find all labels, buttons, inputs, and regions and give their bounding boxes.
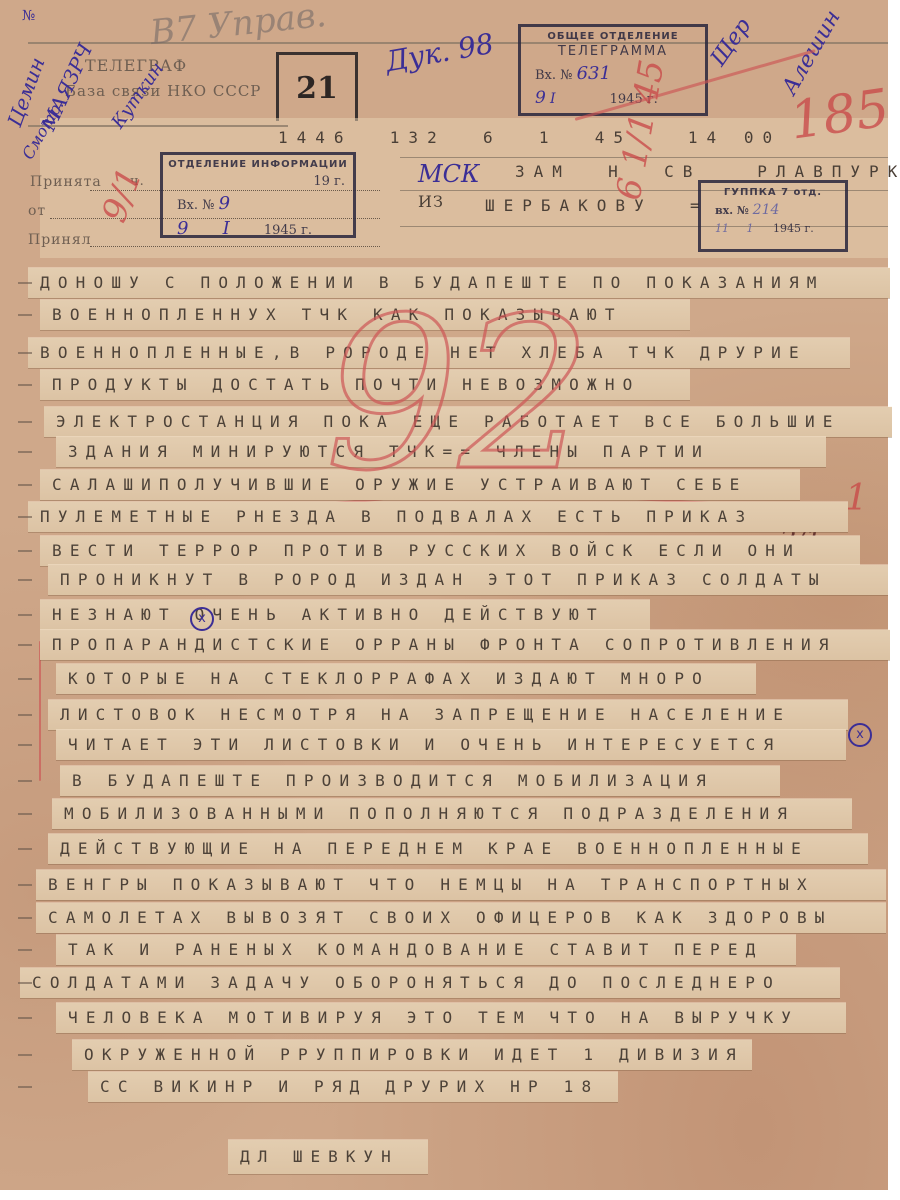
form-title: ТЕЛЕГРАФ (85, 56, 187, 75)
stamp-info-month: I (223, 218, 230, 239)
margin-tick (18, 917, 32, 919)
red-margin-mark: 1 (845, 478, 868, 519)
margin-tick (18, 813, 32, 815)
stamp-info-year: 1945 г. (264, 223, 312, 238)
margin-tick (18, 1086, 32, 1088)
margin-tick (18, 949, 32, 951)
stamp-info-department: ОТДЕЛЕНИЕ ИНФОРМАЦИИ 19 г. Вх. № 9 9 I 1… (160, 152, 356, 238)
telegram-line: СС ВИКИНР И РЯД ДРУРИХ НР 18 (88, 1072, 618, 1102)
margin-tick (18, 848, 32, 850)
circle-mark-line-15: x (848, 723, 872, 747)
circle-mark-line-11: x (190, 607, 214, 631)
margin-tick (18, 282, 32, 284)
signature-line: ДЛ ШЕВКУН 5 15 (228, 1140, 428, 1174)
stamp-general-day: 9 (535, 88, 546, 108)
handwritten-blue-middle: Дук. 98 (383, 27, 496, 78)
stamp-general-reg-label: Вх. № (535, 68, 572, 83)
telegram-line: ЛИСТОВОК НЕСМОТРЯ НА ЗАПРЕЩЕНИЕ НАСЕЛЕНИ… (48, 700, 848, 730)
telegram-line: ОКРУЖЕННОЙ РРУППИРОВКИ ИДЕТ 1 ДИВИЗИЯ (72, 1040, 752, 1070)
margin-tick (18, 678, 32, 680)
stamp-group-date: 11 1 1945 г. (701, 222, 845, 235)
stamp-general-department: ОБЩЕЕ ОТДЕЛЕНИЕ ТЕЛЕГРАММА Вх. № 631 9 I… (518, 24, 708, 116)
stamp-general-month: I (550, 91, 556, 107)
telegram-line: ТАК И РАНЕНЫХ КОМАНДОВАНИЕ СТАВИТ ПЕРЕД (56, 935, 796, 965)
margin-tick (18, 451, 32, 453)
telegram-line: ПРОПАРАНДИСТСКИЕ ОРРАНЫ ФРОНТА СОПРОТИВЛ… (40, 630, 890, 660)
telegram-line: СОЛДАТАМИ ЗАДАЧУ ОБОРОНЯТЬСЯ ДО ПОСЛЕДНЕ… (20, 968, 840, 998)
number-mark: № (22, 8, 36, 24)
margin-tick (18, 516, 32, 518)
stamp-info-reg: Вх. № 9 (163, 193, 353, 214)
telegram-line: ВЕСТИ ТЕРРОР ПРОТИВ РУССКИХ ВОЙСК ЕСЛИ О… (40, 536, 860, 566)
margin-tick (18, 884, 32, 886)
stamp-general-reg-number: 631 (577, 63, 611, 84)
stamp-group-day: 11 (715, 222, 729, 235)
stamp-group-reg-label: вх. № (715, 204, 749, 217)
stamp-info-title: ОТДЕЛЕНИЕ ИНФОРМАЦИИ (163, 159, 353, 170)
margin-tick (18, 1054, 32, 1056)
stamp-info-reg-label: Вх. № (177, 198, 214, 213)
addressee-line-2: ШЕРБАКОВУ = (485, 196, 709, 215)
telegram-line: САМОЛЕТАХ ВЫВОЗЯТ СВОИХ ОФИЦЕРОВ КАК ЗДО… (36, 903, 886, 933)
telegram-sheet: № ТЕЛЕГРАФ База связи НКО СССР 21 Принят… (0, 0, 888, 1190)
stamp-info-line1: 19 г. (163, 174, 353, 189)
telegram-line: МОБИЛИЗОВАННЫМИ ПОПОЛНЯЮТСЯ ПОДРАЗДЕЛЕНИ… (52, 799, 852, 829)
stamp-group: ГУППКА 7 отд. вх. № 214 11 1 1945 г. (698, 180, 848, 252)
stamp-group-year: 1945 г. (773, 222, 814, 235)
stamp-group-reg: вх. № 214 (701, 202, 845, 218)
small-code: ИЗ (418, 192, 444, 211)
stamp-group-title: ГУППКА 7 отд. (701, 187, 845, 198)
margin-tick (18, 644, 32, 646)
telegram-line: В БУДАПЕШТЕ ПРОИЗВОДИТСЯ МОБИЛИЗАЦИЯ (60, 766, 780, 796)
red-big-number: 92 (325, 290, 592, 500)
telegram-line: ЧИТАЕТ ЭТИ ЛИСТОВКИ И ОЧЕНЬ ИНТЕРЕСУЕТСЯ (56, 730, 846, 760)
handwritten-msk: МСК (418, 160, 480, 188)
telegram-line: КОТОРЫЕ НА СТЕКЛОРРАФАХ ИЗДАЮТ МНОРО (56, 664, 756, 694)
field-received-label: Принята (30, 174, 102, 190)
field-accepted-line (90, 246, 380, 247)
stamp-general-subtitle: ТЕЛЕГРАММА (521, 44, 705, 59)
field-from-label: от (28, 203, 46, 219)
stamp-group-reg-number: 214 (753, 202, 780, 218)
margin-tick (18, 714, 32, 716)
field-accepted-label: Принял (28, 232, 92, 248)
telegram-line: ЧЕЛОВЕКА МОТИВИРУЯ ЭТО ТЕМ ЧТО НА ВЫРУЧК… (56, 1003, 846, 1033)
margin-tick (18, 484, 32, 486)
margin-tick (18, 744, 32, 746)
stamp-general-title: ОБЩЕЕ ОТДЕЛЕНИЕ (521, 31, 705, 42)
margin-tick (18, 314, 32, 316)
stamp-general-reg: Вх. № 631 (521, 63, 705, 84)
form-box-number: 21 (276, 52, 358, 121)
margin-tick (18, 352, 32, 354)
margin-tick (18, 384, 32, 386)
stamp-info-day: 9 (177, 218, 188, 239)
margin-tick (18, 982, 32, 984)
form-mid-rule (28, 125, 288, 127)
margin-tick (18, 1017, 32, 1019)
margin-tick (18, 421, 32, 423)
handwritten-top-center: В7 Управ. (148, 0, 328, 53)
telegram-line: ДЕЙСТВУЮЩИЕ НА ПЕРЕДНЕМ КРАЕ ВОЕННОПЛЕНН… (48, 834, 868, 864)
margin-tick (18, 550, 32, 552)
telegram-line: ВЕНГРЫ ПОКАЗЫВАЮТ ЧТО НЕМЦЫ НА ТРАНСПОРТ… (36, 870, 886, 900)
margin-tick (18, 579, 32, 581)
stamp-info-reg-number: 9 (219, 193, 230, 214)
telegram-line: НЕЗНАЮТ ОЧЕНЬ АКТИВНО ДЕЙСТВУЮТ (40, 600, 650, 630)
margin-tick (18, 780, 32, 782)
telegram-line: ПРОНИКНУТ В РОРОД ИЗДАН ЭТОТ ПРИКАЗ СОЛД… (48, 565, 888, 595)
margin-tick (18, 614, 32, 616)
transmission-codes: 1446 132 6 1 45 14 00 (278, 128, 781, 147)
red-margin-line (39, 641, 41, 781)
stamp-group-month: 1 (747, 222, 754, 235)
form-subtitle: База связи НКО СССР (65, 82, 261, 100)
stamp-info-date: 9 I 1945 г. (163, 218, 353, 239)
addressee-line-1: ЗАМ Н СВ РЛАВПУРКК (515, 162, 900, 181)
